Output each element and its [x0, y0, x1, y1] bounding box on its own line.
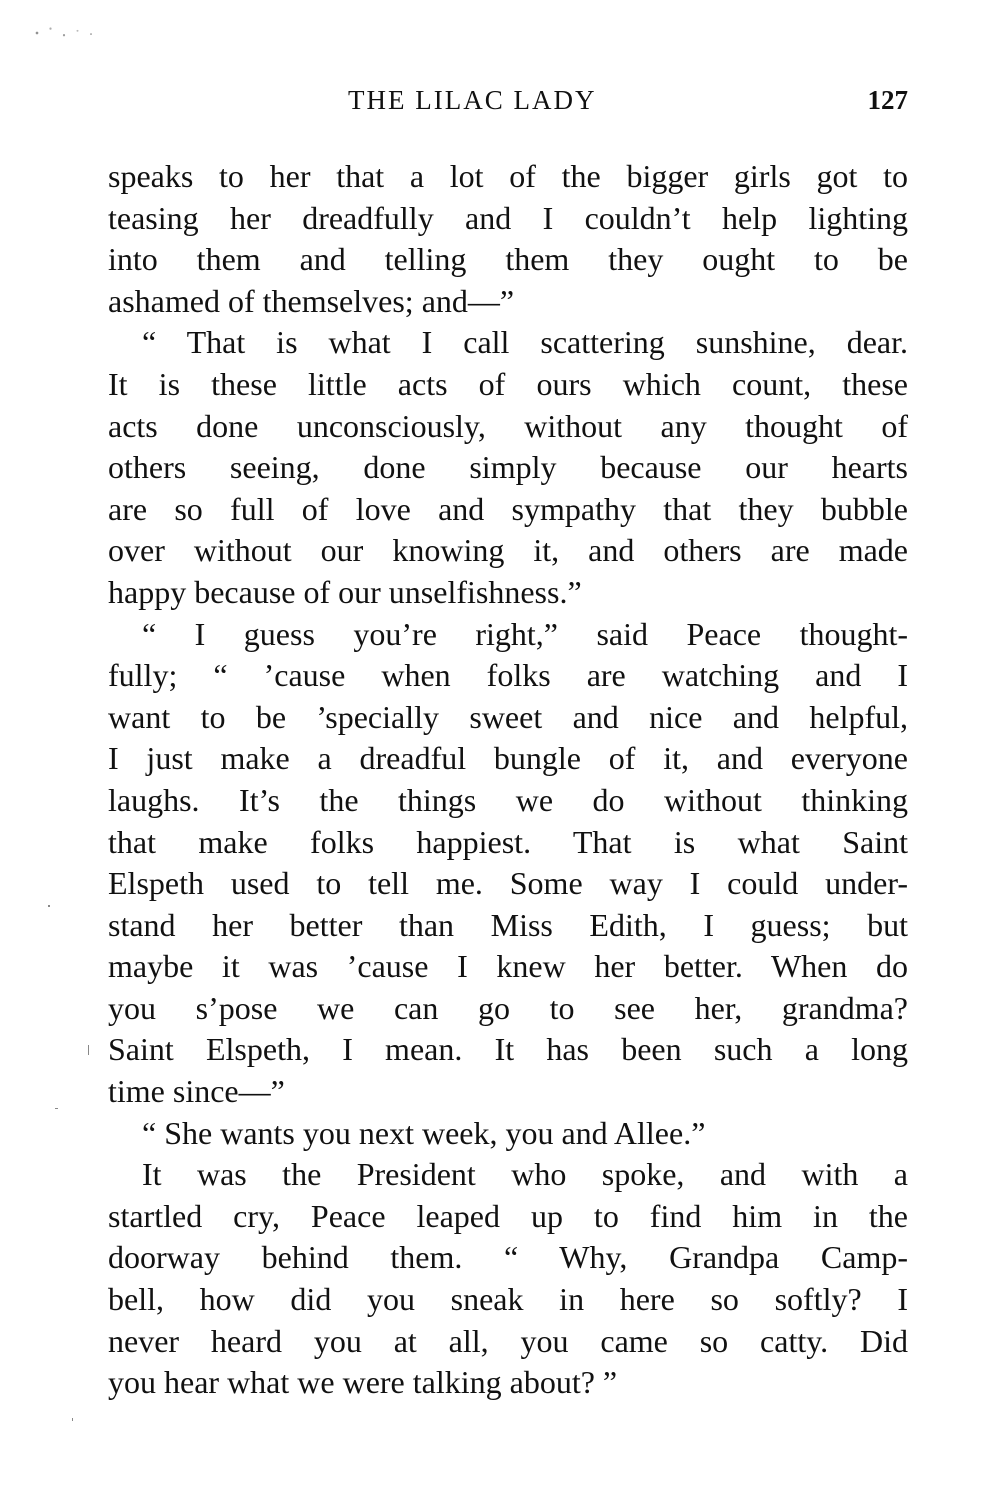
text-line: over without our knowing it, and others …	[108, 530, 908, 572]
scan-speck	[28, 22, 118, 44]
text-line: speaks to her that a lot of the bigger g…	[108, 156, 908, 198]
text-line: “ That is what I call scattering sunshin…	[108, 322, 908, 364]
text-line: Saint Elspeth, I mean. It has been such …	[108, 1029, 908, 1071]
scan-mark	[48, 905, 50, 907]
paragraph: It was the President who spoke, and with…	[108, 1154, 908, 1404]
text-line: happy because of our unselfishness.”	[108, 572, 908, 614]
paragraph: “ I guess you’re right,” said Peace thou…	[108, 614, 908, 1113]
text-line: teasing her dreadfully and I couldn’t he…	[108, 198, 908, 240]
text-line: doorway behind them. “ Why, Grandpa Camp…	[108, 1237, 908, 1279]
text-line: I just make a dreadful bungle of it, and…	[108, 738, 908, 780]
text-line: want to be ’specially sweet and nice and…	[108, 697, 908, 739]
page-number: 127	[868, 80, 909, 120]
text-line: you s’pose we can go to see her, grandma…	[108, 988, 908, 1030]
text-line: startled cry, Peace leaped up to find hi…	[108, 1196, 908, 1238]
text-line: fully; “ ’cause when folks are watching …	[108, 655, 908, 697]
text-line: acts done unconsciously, without any tho…	[108, 406, 908, 448]
text-line: It is these little acts of ours which co…	[108, 364, 908, 406]
text-line: you hear what we were talking about? ”	[108, 1362, 908, 1404]
scan-mark	[55, 1108, 58, 1109]
text-line: laughs. It’s the things we do without th…	[108, 780, 908, 822]
text-line: that make folks happiest. That is what S…	[108, 822, 908, 864]
text-line: stand her better than Miss Edith, I gues…	[108, 905, 908, 947]
text-line: “ She wants you next week, you and Allee…	[108, 1113, 908, 1155]
text-line: time since—”	[108, 1071, 908, 1113]
page-header: THE LILAC LADY 127	[108, 80, 908, 120]
text-line: never heard you at all, you came so catt…	[108, 1321, 908, 1363]
text-line: others seeing, done simply because our h…	[108, 447, 908, 489]
text-line: “ I guess you’re right,” said Peace thou…	[108, 614, 908, 656]
body-text: speaks to her that a lot of the bigger g…	[108, 156, 908, 1404]
text-line: It was the President who spoke, and with…	[108, 1154, 908, 1196]
paragraph: “ That is what I call scattering sunshin…	[108, 322, 908, 613]
text-line: are so full of love and sympathy that th…	[108, 489, 908, 531]
paragraph: speaks to her that a lot of the bigger g…	[108, 156, 908, 322]
scan-mark	[72, 1418, 73, 1421]
text-line: maybe it was ’cause I knew her better. W…	[108, 946, 908, 988]
text-line: into them and telling them they ought to…	[108, 239, 908, 281]
running-head: THE LILAC LADY	[348, 80, 596, 120]
text-line: ashamed of themselves; and—”	[108, 281, 908, 323]
paragraph: “ She wants you next week, you and Allee…	[108, 1113, 908, 1155]
text-line: Elspeth used to tell me. Some way I coul…	[108, 863, 908, 905]
text-line: bell, how did you sneak in here so softl…	[108, 1279, 908, 1321]
scan-mark	[88, 1045, 89, 1055]
